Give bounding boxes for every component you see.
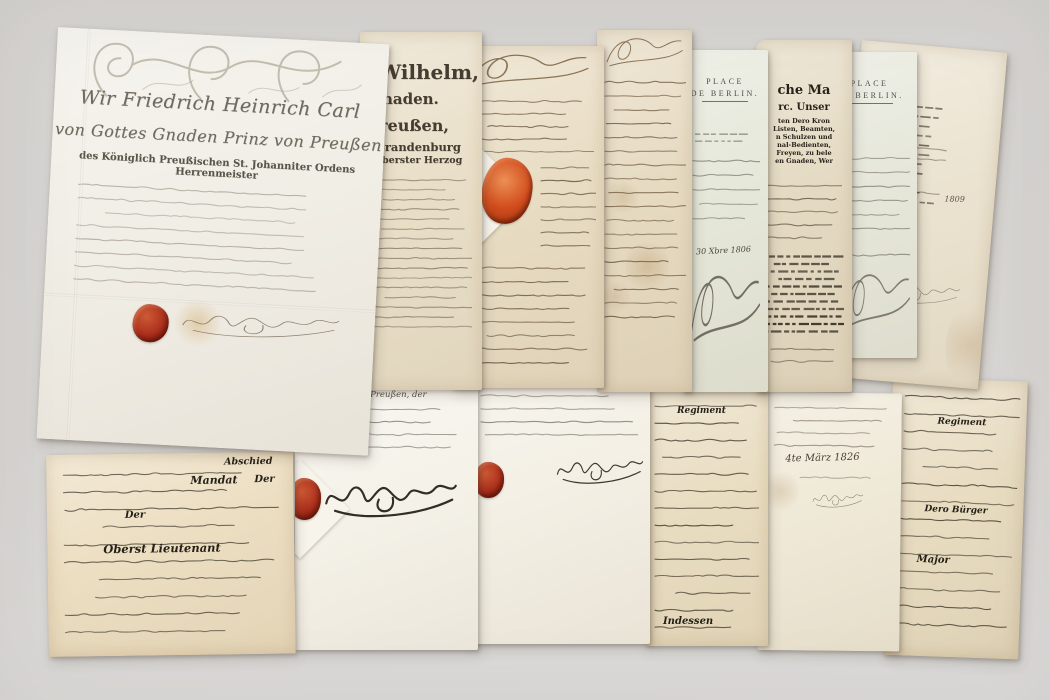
handwritten-word: Der bbox=[254, 474, 274, 485]
handwriting-lines bbox=[368, 174, 472, 332]
document-signed-letter-right bbox=[468, 382, 650, 644]
patent-title-line-2: von Gottes Gnaden Prinz von Preußen bbox=[52, 119, 385, 155]
letterhead-city-line: PLACE bbox=[682, 76, 768, 88]
handwritten-word: Regiment bbox=[677, 406, 726, 416]
document-dense-handwritten-letter: Regiment Indessen bbox=[645, 388, 768, 646]
handwriting-lines bbox=[773, 400, 892, 451]
signature bbox=[811, 489, 865, 510]
handwritten-word: Regiment bbox=[937, 417, 986, 429]
document-patent-heinrich: Wir Friedrich Heinrich Carl von Gottes G… bbox=[36, 27, 389, 456]
handwriting-lines bbox=[654, 396, 759, 636]
document-handwritten-brown-right bbox=[597, 30, 692, 392]
handwriting-lines bbox=[462, 260, 596, 372]
handwriting-lines bbox=[848, 150, 910, 238]
handwriting-lines bbox=[764, 178, 842, 242]
photo-of-antique-documents: Regiment Dero Bürger Major 4te März 1826… bbox=[0, 0, 1049, 700]
printed-text-block bbox=[762, 252, 844, 336]
letterhead-place-line: DE BERLIN. bbox=[682, 88, 768, 100]
pen-flourish bbox=[464, 50, 592, 90]
document-printed-fraktur: che Ma rc. Unser ten Dero Kron Listen, B… bbox=[756, 40, 852, 392]
letterhead-rule bbox=[847, 103, 893, 104]
fraktur-line: en Gnaden, Wer bbox=[756, 158, 852, 165]
document-place-de-berlin-form-1: PLACE DE BERLIN. 30 Xbre 1806 bbox=[682, 50, 768, 392]
handwritten-date: 4te März 1826 bbox=[785, 452, 860, 465]
handwritten-word: Major bbox=[916, 554, 949, 566]
handwritten-word: Indessen bbox=[663, 616, 713, 627]
paper-stain bbox=[625, 238, 669, 294]
paper-stain bbox=[763, 468, 799, 514]
signature-flourish bbox=[688, 266, 762, 350]
document-dated-1826-letter: 4te März 1826 bbox=[757, 392, 902, 651]
handwritten-word: Mandat bbox=[190, 473, 237, 487]
handwritten-word: Oberst Lieutenant bbox=[103, 541, 221, 557]
form-letterhead: PLACE DE BERLIN. bbox=[682, 76, 768, 102]
handwriting-lines bbox=[72, 176, 353, 302]
handwriting-lines bbox=[480, 388, 638, 438]
document-bottom-right-letter: Regiment Dero Bürger Major bbox=[883, 377, 1028, 660]
handwritten-year: 1809 bbox=[944, 195, 965, 204]
handwriting-lines bbox=[692, 152, 760, 228]
handwriting-lines bbox=[770, 342, 834, 370]
handwriting-lines bbox=[799, 470, 873, 487]
fraktur-line: rc. Unser bbox=[756, 102, 852, 113]
handwritten-date: 30 Xbre 1806 bbox=[696, 245, 751, 257]
printed-text-lines bbox=[694, 130, 758, 148]
pen-flourish bbox=[603, 34, 685, 70]
fraktur-headline: che Ma bbox=[756, 84, 852, 99]
handwritten-word: Dero Bürger bbox=[924, 504, 987, 516]
paper-stain bbox=[942, 299, 996, 390]
patent-title-line-3: des Königlich Preußischen St. Johanniter… bbox=[50, 149, 383, 188]
wax-seal-red bbox=[132, 303, 170, 343]
paper-stain bbox=[607, 178, 639, 216]
wax-seal-red bbox=[474, 462, 504, 498]
paper-stain bbox=[601, 280, 631, 314]
handwritten-word: Abschied bbox=[224, 456, 273, 468]
handwritten-word: Der bbox=[125, 510, 145, 521]
document-mandat-oberst-lieutenant: Abschied Mandat Der Der Oberst Lieutenan… bbox=[46, 452, 296, 657]
royal-signature bbox=[554, 452, 646, 486]
letterhead-rule bbox=[702, 101, 748, 102]
handwriting-lines bbox=[852, 248, 910, 262]
handwriting-lines bbox=[540, 160, 596, 252]
royal-signature bbox=[321, 472, 461, 520]
